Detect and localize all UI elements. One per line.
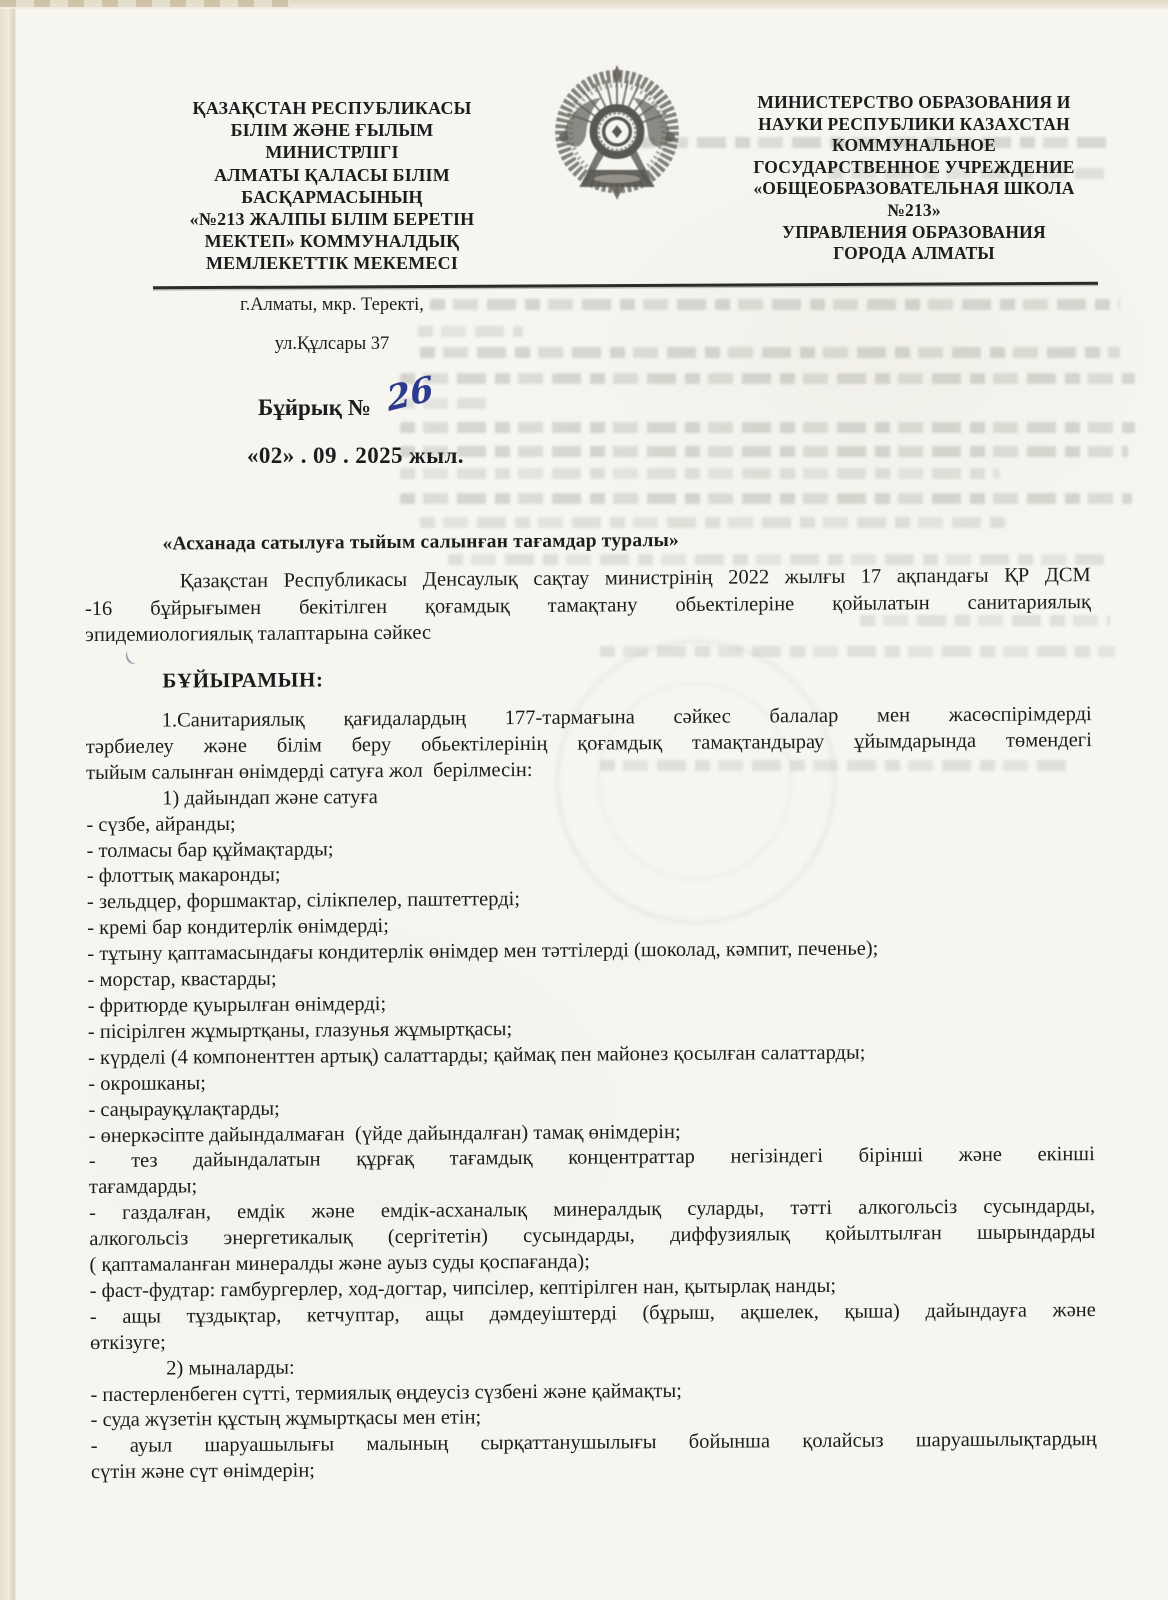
decree-body: 1.Санитариялық қағидалардың 177-тармағын… [86,702,1097,1486]
document-text-block: «Асханада сатылуға тыйым салынған тағамд… [0,0,1168,1600]
document-title: «Асханада сатылуға тыйым салынған тағамд… [162,530,679,556]
scanned-document-page: ҚАЗАҚСТАН РЕСПУБЛИКАСЫ БІЛІМ ЖӘНЕ ҒЫЛЫМ … [0,0,1168,1600]
intro-line: эпидемиологиялық талаптарына сәйкес [85,615,1091,649]
decree-heading: БҰЙЫРАМЫН: [162,667,323,693]
intro-paragraph: Қазақстан Республикасы Денсаулық сақтау … [85,562,1092,649]
